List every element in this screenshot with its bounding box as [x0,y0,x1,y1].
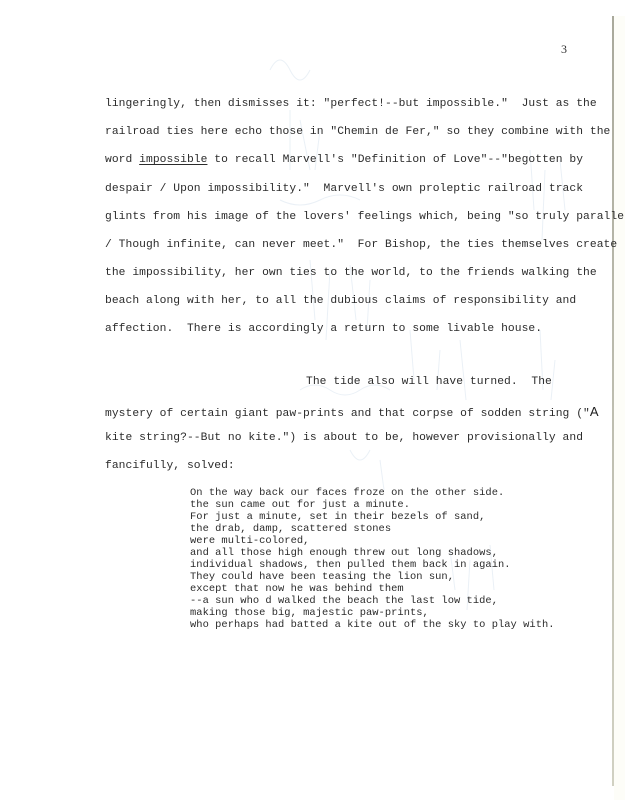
text-line: The tide also will have turned. The [306,376,552,388]
text-line: mystery of certain giant paw-prints and … [105,404,599,420]
verse-line: who perhaps had batted a kite out of the… [190,619,555,631]
text-line: beach along with her, to all the dubious… [105,295,576,307]
verse-line: For just a minute, set in their bezels o… [190,511,485,523]
text-line: lingeringly, then dismisses it: "perfect… [105,98,597,110]
text-segment: word [105,154,139,166]
verse-line: They could have been teasing the lion su… [190,571,454,583]
underlined-word: impossible [139,154,207,166]
text-line: kite string?--But no kite.") is about to… [105,432,583,444]
text-line: despair / Upon impossibility." Marvell's… [105,183,583,195]
verse-line: the drab, damp, scattered stones [190,523,391,535]
page-number: 3 [561,42,567,57]
text-segment: to recall Marvell's "Definition of Love"… [207,154,583,166]
handwritten-insertion: A [590,404,599,419]
verse-line: making those big, majestic paw-prints, [190,607,429,619]
verse-line: --a sun who d walked the beach the last … [190,595,498,607]
verse-line: On the way back our faces froze on the o… [190,487,504,499]
bleed-through-texture [150,30,590,770]
verse-line: were multi-colored, [190,535,309,547]
typescript-page: 3 lingeringly, then dismisses it: "perfe… [0,0,625,800]
verse-line: except that now he was behind them [190,583,404,595]
text-line: glints from his image of the lovers' fee… [105,211,625,223]
text-segment: mystery of certain giant paw-prints and … [105,408,590,420]
text-line: affection. There is accordingly a return… [105,323,542,335]
scan-margin [614,16,625,800]
text-line: fancifully, solved: [105,460,235,472]
text-line: word impossible to recall Marvell's "Def… [105,154,583,166]
text-line: / Though infinite, can never meet." For … [105,239,617,251]
verse-line: the sun came out for just a minute. [190,499,410,511]
text-line: railroad ties here echo those in "Chemin… [105,126,610,138]
verse-line: and all those high enough threw out long… [190,547,498,559]
text-line: the impossibility, her own ties to the w… [105,267,597,279]
verse-line: individual shadows, then pulled them bac… [190,559,511,571]
